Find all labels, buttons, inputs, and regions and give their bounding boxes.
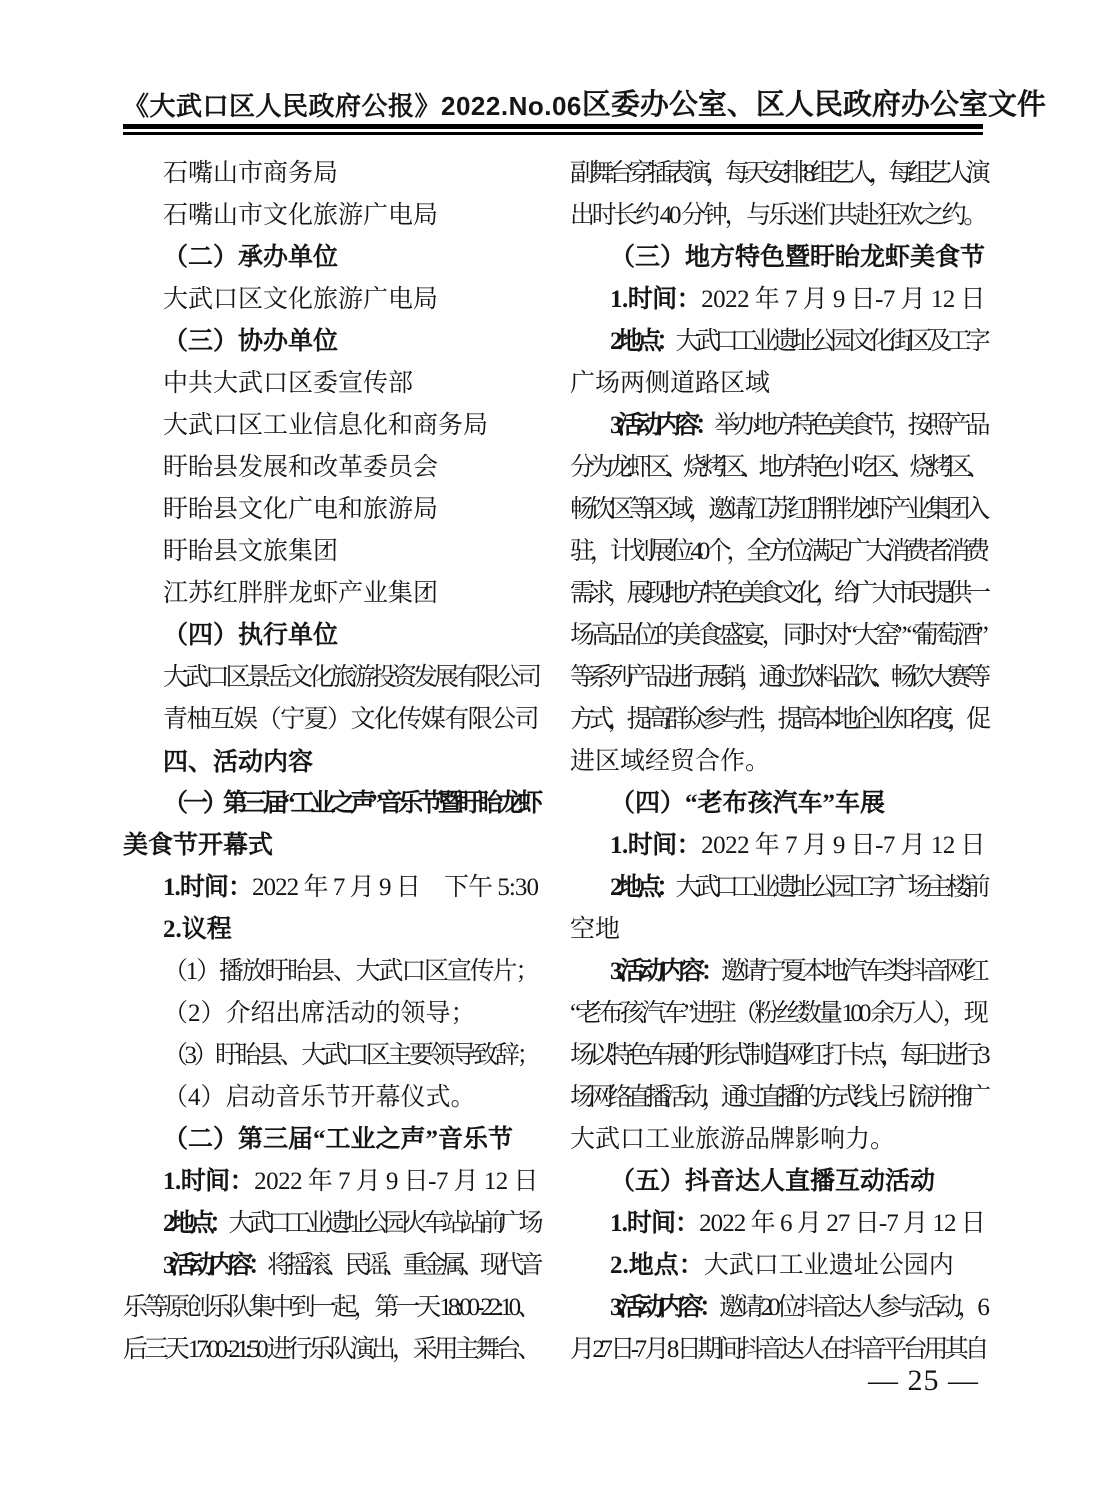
section-heading: （四）执行单位 [123, 615, 538, 657]
text-line: 1.时间：2022 年 7 月 9 日-7 月 12 日 [123, 1161, 538, 1203]
section-heading: （一）第三届“工业之声”音乐节暨盱眙龙虾 [123, 783, 538, 825]
line-text: 驻，计划展位 40 个，全方位满足广大消费者消费 [570, 538, 985, 565]
text-line: 江苏红胖胖龙虾产业集团 [123, 573, 538, 615]
line-text: 空地 [570, 916, 620, 943]
section-heading: （二）第三届“工业之声”音乐节 [123, 1119, 538, 1161]
line-label: （三）协办单位 [163, 328, 338, 355]
line-text: 盱眙县文化广电和旅游局 [163, 496, 438, 523]
line-label: （五）抖音达人直播互动活动 [610, 1168, 935, 1195]
text-line: 3.活动内容：将摇滚、民谣、重金属、现代音 [123, 1245, 538, 1287]
text-line: 大武口区景岳文化旅游投资发展有限公司 [123, 657, 538, 699]
line-label: 1.时间： [163, 874, 252, 901]
text-line: 1.时间：2022 年 7 月 9 日-7 月 12 日 [570, 825, 985, 867]
section-heading: （三）地方特色暨盱眙龙虾美食节 [570, 237, 985, 279]
line-text: （4）启动音乐节开幕仪式。 [163, 1084, 476, 1111]
line-text: 场网络直播活动，通过直播的方式线上引流并推广 [570, 1084, 985, 1111]
text-line: 2.议程 [123, 909, 538, 951]
line-text: （3）盱眙县、大武口区主要领导致辞； [163, 1042, 538, 1069]
line-text: 乐等原创乐队集中到一起，第一天 18:00-22:10、 [123, 1294, 538, 1321]
line-text: 大武口工业遗址公园文化街区及工字 [675, 328, 985, 355]
text-line: 副舞台穿插表演，每天安排 8 组艺人，每组艺人演 [570, 153, 985, 195]
line-label: 3.活动内容： [610, 412, 714, 439]
header-divider-thick-rule [123, 124, 983, 129]
left-column: 石嘴山市商务局石嘴山市文化旅游广电局（二）承办单位大武口区文化旅游广电局（三）协… [123, 153, 538, 1371]
line-text: 大武口工业遗址公园火车站站前广场 [228, 1210, 538, 1237]
text-line: “老布孩汽车”进驻（粉丝数量 100 余万人），现 [570, 993, 985, 1035]
line-text: 副舞台穿插表演，每天安排 8 组艺人，每组艺人演 [570, 160, 985, 187]
line-text: 进区域经贸合作。 [570, 748, 770, 775]
text-line: 1.时间：2022 年 7 月 9 日 下午 5:30 [123, 867, 538, 909]
text-line: （4）启动音乐节开幕仪式。 [123, 1077, 538, 1119]
text-line: 2.地点：大武口工业遗址公园内 [570, 1245, 985, 1287]
line-text: 方式，提高群众参与性，提高本地企业知名度，促 [570, 706, 985, 733]
line-text: 场高品位的美食盛宴，同时对“大窑” “葡萄酒” [570, 622, 985, 649]
line-label: 四、活动内容 [163, 748, 313, 776]
line-label: 3.活动内容： [610, 1294, 719, 1321]
text-line: 畅饮区等区域，邀请江苏红胖胖龙虾产业集团入 [570, 489, 985, 531]
text-line: 乐等原创乐队集中到一起，第一天 18:00-22:10、 [123, 1287, 538, 1329]
text-line: 分为龙虾区、烧烤区、地方特色小吃区、烧烤区、 [570, 447, 985, 489]
text-line: 石嘴山市文化旅游广电局 [123, 195, 538, 237]
right-column: 副舞台穿插表演，每天安排 8 组艺人，每组艺人演出时长约 40 分钟，与乐迷们共… [570, 153, 985, 1371]
line-label: 2.地点： [610, 1252, 704, 1279]
line-label: 2.议程 [163, 916, 232, 943]
line-text: 大武口工业遗址公园工字广场主楼前 [675, 874, 985, 901]
page-header: 《大武口区人民政府公报》2022.No.06 区委办公室、区人民政府办公室文件 [123, 82, 983, 123]
text-line: 场高品位的美食盛宴，同时对“大窑” “葡萄酒” [570, 615, 985, 657]
line-text: 大武口区文化旅游广电局 [163, 286, 438, 313]
text-line: （3）盱眙县、大武口区主要领导致辞； [123, 1035, 538, 1077]
text-line: 2.地点：大武口工业遗址公园工字广场主楼前 [570, 867, 985, 909]
text-line: 等系列产品进行展销，通过饮料品饮、畅饮大赛等 [570, 657, 985, 699]
line-text: 畅饮区等区域，邀请江苏红胖胖龙虾产业集团入 [570, 496, 985, 523]
text-line: 1.时间：2022 年 6 月 27 日-7 月 12 日 [570, 1203, 985, 1245]
line-label: 1.时间： [610, 832, 701, 859]
text-line: 3.活动内容：邀请宁夏本地汽车类抖音网红 [570, 951, 985, 993]
line-text: 邀请 20 位抖音达人参与活动，6 [719, 1294, 985, 1321]
section-heading: （五）抖音达人直播互动活动 [570, 1161, 985, 1203]
line-text: 大武口工业遗址公园内 [704, 1252, 954, 1279]
text-line: 盱眙县文化广电和旅游局 [123, 489, 538, 531]
line-text: 盱眙县文旅集团 [163, 538, 338, 565]
text-line: 中共大武口区委宣传部 [123, 363, 538, 405]
line-label: 3.活动内容： [163, 1252, 267, 1279]
line-text: 2022 年 7 月 9 日 下午 5:30 [252, 874, 538, 901]
page-number: — 25 — [123, 1364, 979, 1398]
line-text: 2022 年 6 月 27 日-7 月 12 日 [699, 1210, 985, 1237]
line-text: 等系列产品进行展销，通过饮料品饮、畅饮大赛等 [570, 664, 985, 691]
text-line: 场以特色车展的形式制造网红打卡点，每日进行 3 [570, 1035, 985, 1077]
line-label: 1.时间： [610, 286, 701, 313]
line-text: 场以特色车展的形式制造网红打卡点，每日进行 3 [570, 1042, 985, 1069]
text-line: 2.地点：大武口工业遗址公园文化街区及工字 [570, 321, 985, 363]
text-line: 青柚互娱（宁夏）文化传媒有限公司 [123, 699, 538, 741]
line-text: 月 27 日-7 月 8 日期间抖音达人在抖音平台用其自 [570, 1336, 985, 1363]
line-label: 2.地点： [610, 874, 675, 901]
line-text: 广场两侧道路区域 [570, 370, 770, 397]
section-heading: 美食节开幕式 [123, 825, 538, 867]
line-label: （二）承办单位 [163, 244, 338, 271]
line-text: 大武口区景岳文化旅游投资发展有限公司 [163, 664, 538, 691]
line-label: 1.时间： [610, 1210, 699, 1237]
line-text: 2022 年 7 月 9 日-7 月 12 日 [701, 286, 985, 313]
line-text: 石嘴山市文化旅游广电局 [163, 202, 438, 229]
line-label: （三）地方特色暨盱眙龙虾美食节 [610, 244, 985, 271]
text-line: 石嘴山市商务局 [123, 153, 538, 195]
text-line: （1）播放盱眙县、大武口区宣传片； [123, 951, 538, 993]
text-line: 驻，计划展位 40 个，全方位满足广大消费者消费 [570, 531, 985, 573]
text-line: 大武口区文化旅游广电局 [123, 279, 538, 321]
line-label: （四）执行单位 [163, 622, 338, 649]
text-line: 出时长约 40 分钟，与乐迷们共赴狂欢之约。 [570, 195, 985, 237]
line-text: 中共大武口区委宣传部 [163, 370, 413, 397]
line-text: 盱眙县发展和改革委员会 [163, 454, 438, 481]
line-text: 江苏红胖胖龙虾产业集团 [163, 580, 438, 607]
line-text: （1）播放盱眙县、大武口区宣传片； [163, 958, 538, 985]
line-label: （二）第三届“工业之声”音乐节 [163, 1126, 513, 1153]
line-text: 邀请宁夏本地汽车类抖音网红 [721, 958, 985, 985]
text-line: 场网络直播活动，通过直播的方式线上引流并推广 [570, 1077, 985, 1119]
line-text: 将摇滚、民谣、重金属、现代音 [267, 1252, 538, 1279]
document-body: 石嘴山市商务局石嘴山市文化旅游广电局（二）承办单位大武口区文化旅游广电局（三）协… [123, 153, 985, 1371]
text-line: 进区域经贸合作。 [570, 741, 985, 783]
line-text: 2022 年 7 月 9 日-7 月 12 日 [701, 832, 985, 859]
text-line: 3.活动内容：举办地方特色美食节，按照产品 [570, 405, 985, 447]
line-label: （一）第三届“工业之声”音乐节暨盱眙龙虾 [163, 790, 538, 817]
header-divider-thin-rule [123, 132, 983, 135]
line-text: 后三天 17:00-21:50 进行乐队演出，采用主舞台、 [123, 1336, 538, 1363]
document-source-header: 区委办公室、区人民政府办公室文件 [582, 82, 1046, 123]
text-line: 大武口工业旅游品牌影响力。 [570, 1119, 985, 1161]
section-heading: 四、活动内容 [123, 741, 538, 783]
text-line: 空地 [570, 909, 985, 951]
text-line: 需求，展现地方特色美食文化，给广大市民提供一 [570, 573, 985, 615]
line-text: 需求，展现地方特色美食文化，给广大市民提供一 [570, 580, 985, 607]
line-text: （2）介绍出席活动的领导； [163, 1000, 476, 1027]
line-text: 青柚互娱（宁夏）文化传媒有限公司 [163, 706, 538, 733]
text-line: 3.活动内容：邀请 20 位抖音达人参与活动，6 [570, 1287, 985, 1329]
line-label: 美食节开幕式 [123, 832, 273, 859]
text-line: 1.时间：2022 年 7 月 9 日-7 月 12 日 [570, 279, 985, 321]
text-line: 方式，提高群众参与性，提高本地企业知名度，促 [570, 699, 985, 741]
line-text: 举办地方特色美食节，按照产品 [714, 412, 985, 439]
line-text: 2022 年 7 月 9 日-7 月 12 日 [254, 1168, 538, 1195]
section-heading: （二）承办单位 [123, 237, 538, 279]
text-line: 盱眙县文旅集团 [123, 531, 538, 573]
line-label: 3.活动内容： [610, 958, 721, 985]
gazette-page: 《大武口区人民政府公报》2022.No.06 区委办公室、区人民政府办公室文件 … [0, 0, 1105, 1489]
text-line: 广场两侧道路区域 [570, 363, 985, 405]
text-line: 大武口区工业信息化和商务局 [123, 405, 538, 447]
line-label: 1.时间： [163, 1168, 254, 1195]
text-line: 2.地点：大武口工业遗址公园火车站站前广场 [123, 1203, 538, 1245]
text-line: （2）介绍出席活动的领导； [123, 993, 538, 1035]
section-heading: （四）“老布孩汽车”车展 [570, 783, 985, 825]
gazette-title: 《大武口区人民政府公报》2022.No.06 [123, 86, 582, 123]
line-text: “老布孩汽车”进驻（粉丝数量 100 余万人），现 [570, 1000, 985, 1027]
line-label: 2.地点： [163, 1210, 228, 1237]
line-label: 2.地点： [610, 328, 675, 355]
line-text: 石嘴山市商务局 [163, 160, 338, 187]
line-text: 出时长约 40 分钟，与乐迷们共赴狂欢之约。 [570, 202, 985, 229]
line-text: 分为龙虾区、烧烤区、地方特色小吃区、烧烤区、 [570, 454, 985, 481]
section-heading: （三）协办单位 [123, 321, 538, 363]
line-label: （四）“老布孩汽车”车展 [610, 790, 885, 817]
line-text: 大武口工业旅游品牌影响力。 [570, 1126, 895, 1153]
line-text: 大武口区工业信息化和商务局 [163, 412, 488, 439]
header-divider [123, 124, 983, 135]
text-line: 盱眙县发展和改革委员会 [123, 447, 538, 489]
